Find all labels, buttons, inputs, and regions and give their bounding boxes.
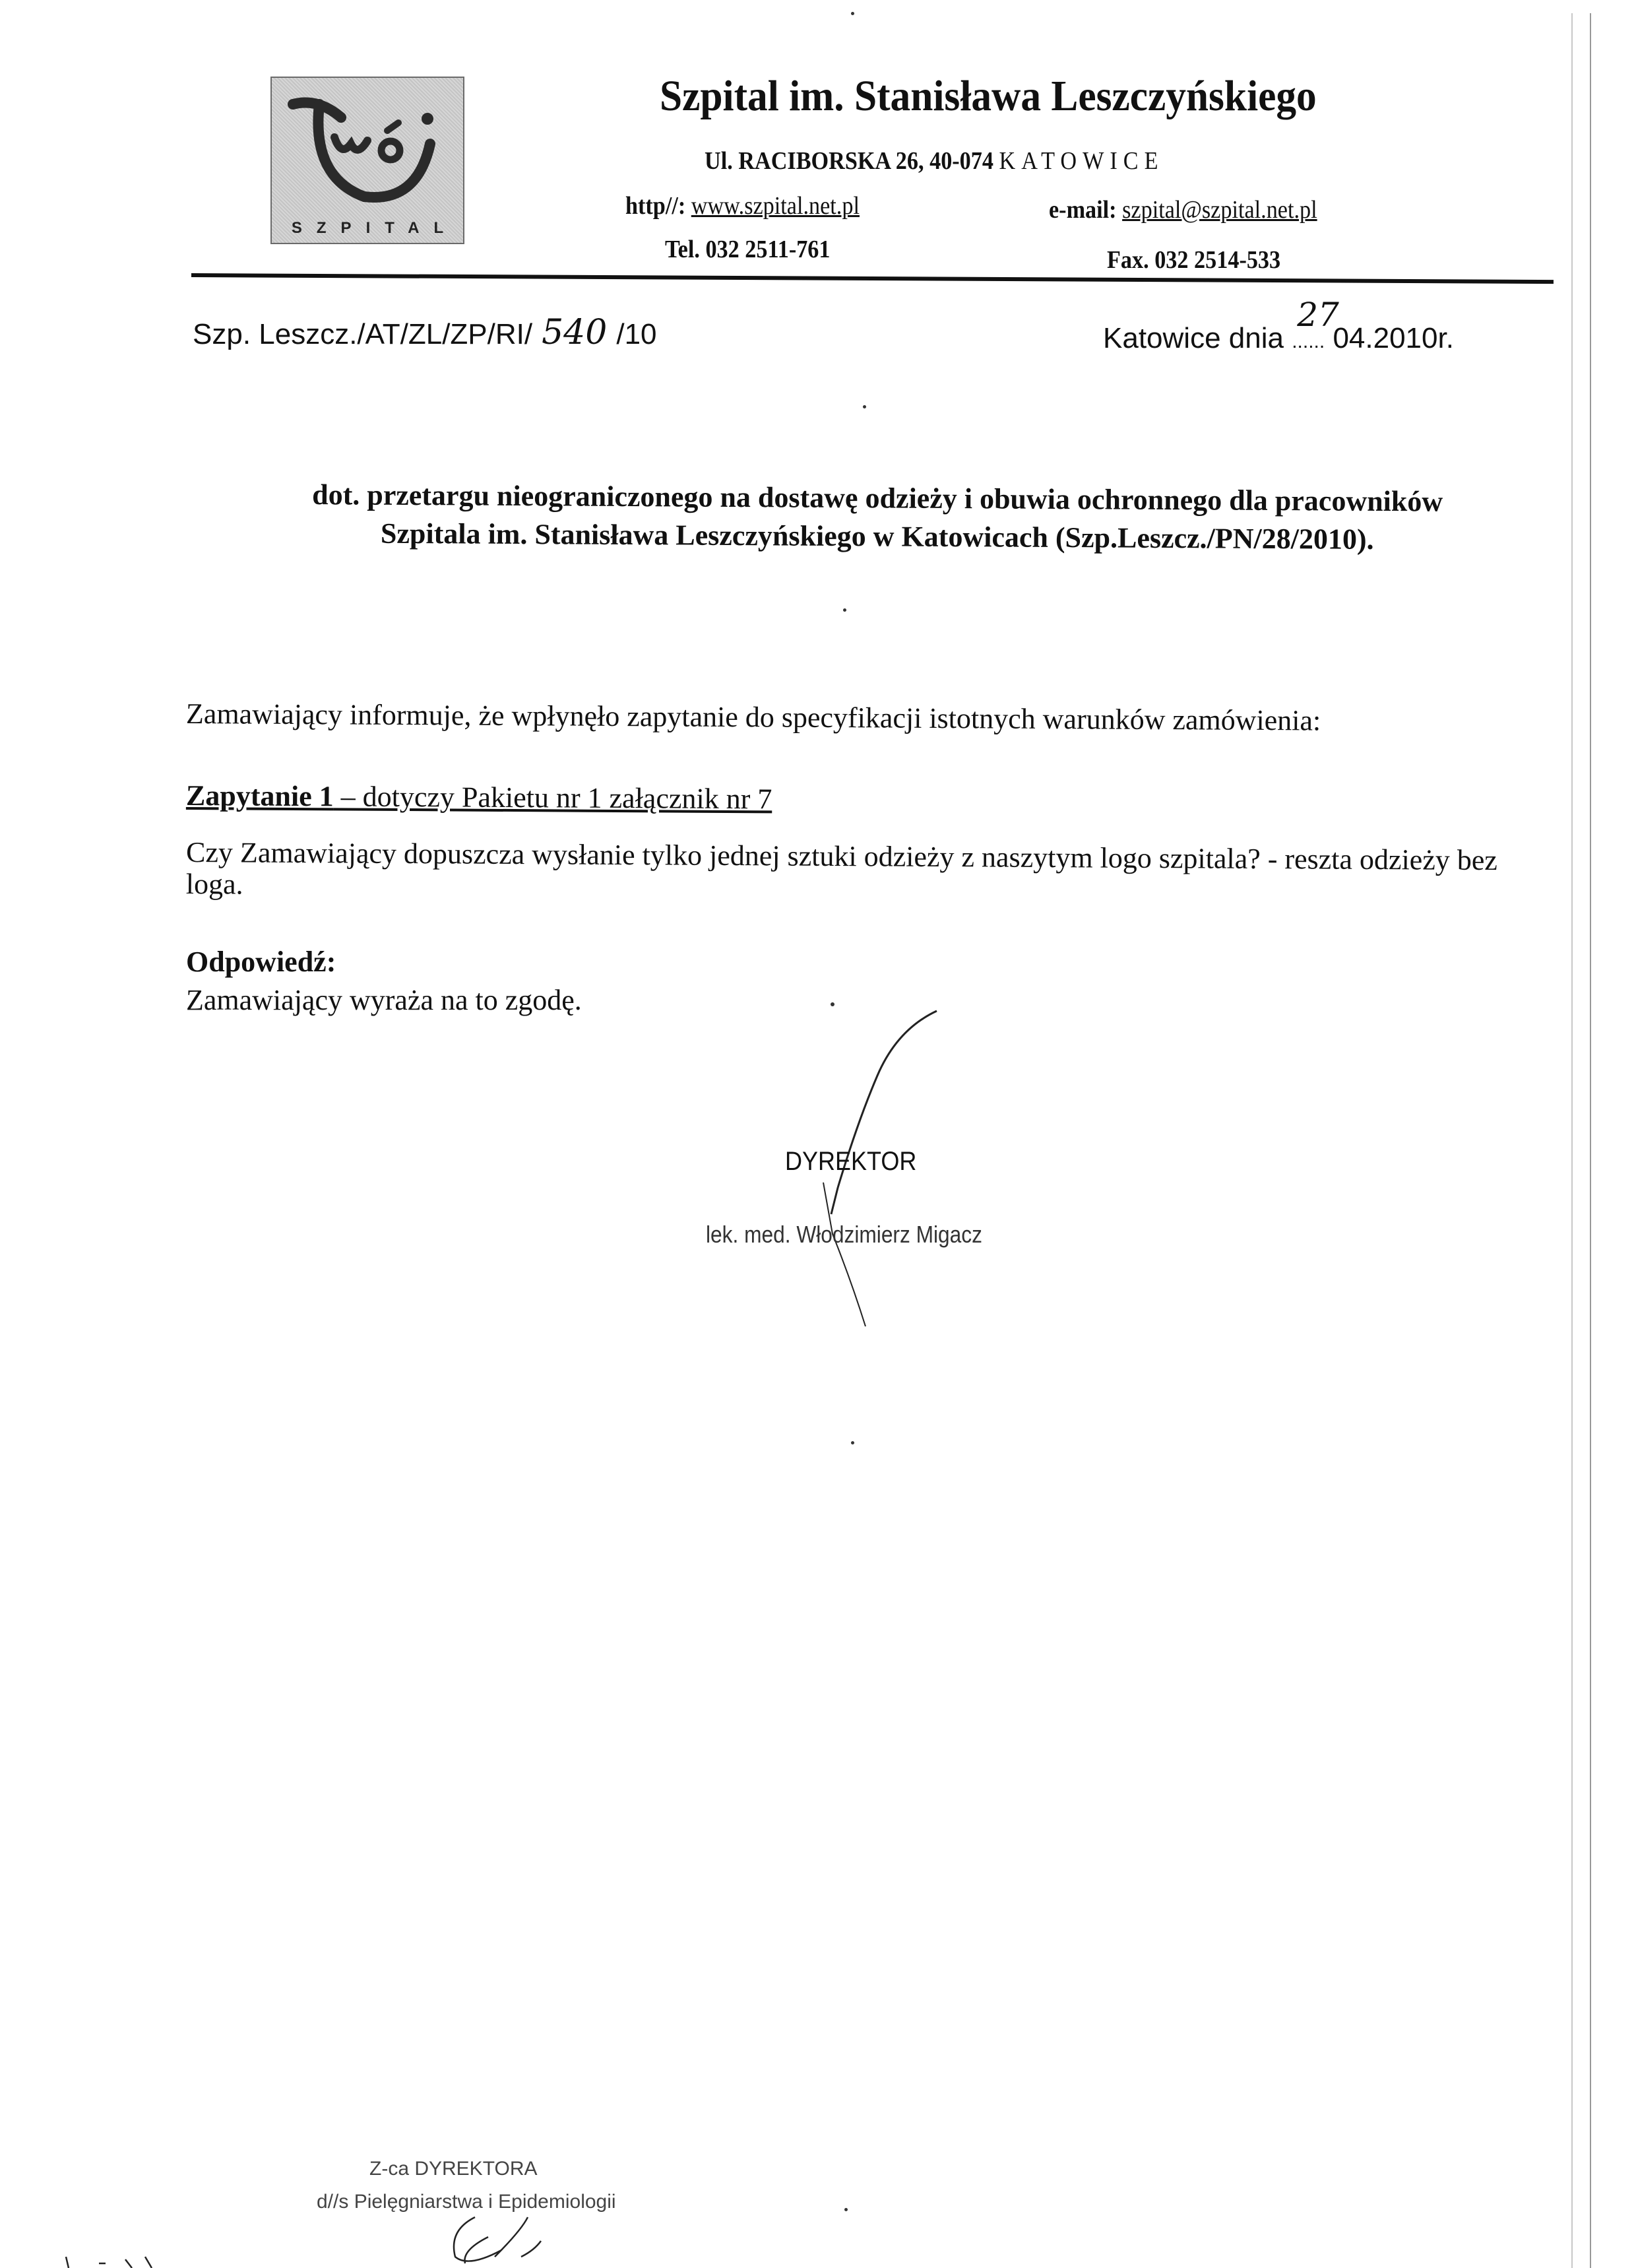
header-divider [191,273,1554,284]
answer-heading: Odpowiedź: [186,945,336,979]
scan-speck [851,12,854,15]
hospital-logo: SZPITAL [270,77,464,244]
hospital-fax: Fax. 032 2514-533 [1107,245,1280,275]
date-prefix: Katowice dnia [1103,322,1284,354]
scan-edge-line [1571,13,1573,2268]
hospital-website: http//: www.szpital.net.pl [625,191,860,220]
intro-paragraph: Zamawiający informuje, że wpłynęło zapyt… [186,697,1321,738]
twoj-szpital-logo-icon [272,78,463,243]
question-heading: Zapytanie 1 – dotyczy Pakietu nr 1 załąc… [186,779,772,816]
date-suffix: 04.2010r. [1333,322,1454,354]
signature-title: DYREKTOR [785,1147,916,1177]
letter-subject: dot. przetargu nieograniczonego na dosta… [198,475,1557,560]
hospital-phone: Tel. 032 2511-761 [665,235,831,264]
scan-speck [863,405,866,408]
scan-speck [843,608,846,612]
address-street: Ul. RACIBORSKA 26, 40-074 [705,147,993,175]
letter-date: Katowice dnia ...... 27 04.2010r. [1103,322,1454,355]
hospital-address: Ul. RACIBORSKA 26, 40-074 KATOWICE [705,146,1164,176]
handwritten-day: 27 [1297,296,1339,334]
hospital-name: Szpital im. Stanisława Leszczyńskiego [660,71,1317,121]
scan-speck [851,1441,854,1444]
web-label: http//: [625,192,685,220]
question-heading-bold: Zapytanie 1 [186,779,334,812]
subject-line-2: Szpitala im. Stanisława Leszczyńskiego w… [198,513,1557,560]
question-text: Czy Zamawiający dopuszcza wysłanie tylko… [186,837,1559,909]
signature-name: lek. med. Włodzimierz Migacz [706,1221,982,1248]
address-city: KATOWICE [999,147,1164,175]
deputy-signature-icon [0,2178,792,2268]
handwritten-number: 540 [532,313,616,352]
scan-edge-line [1590,13,1591,2268]
scan-speck [844,2208,848,2211]
deputy-stamp-title: Z-ca DYREKTORA [369,2158,538,2180]
reference-number: Szp. Leszcz./AT/ZL/ZP/RI/540/10 [193,313,657,352]
reference-suffix: /10 [616,318,656,350]
question-heading-rest: – dotyczy Pakietu nr 1 załącznik nr 7 [334,780,772,815]
answer-text: Zamawiający wyraża na to zgodę. [186,983,582,1017]
logo-caption: SZPITAL [272,219,463,238]
email-link[interactable]: szpital@szpital.net.pl [1122,196,1317,224]
hospital-email: e-mail: szpital@szpital.net.pl [1049,195,1317,224]
reference-prefix: Szp. Leszcz./AT/ZL/ZP/RI/ [193,318,532,350]
email-label: e-mail: [1049,196,1117,224]
website-link[interactable]: www.szpital.net.pl [691,192,860,220]
